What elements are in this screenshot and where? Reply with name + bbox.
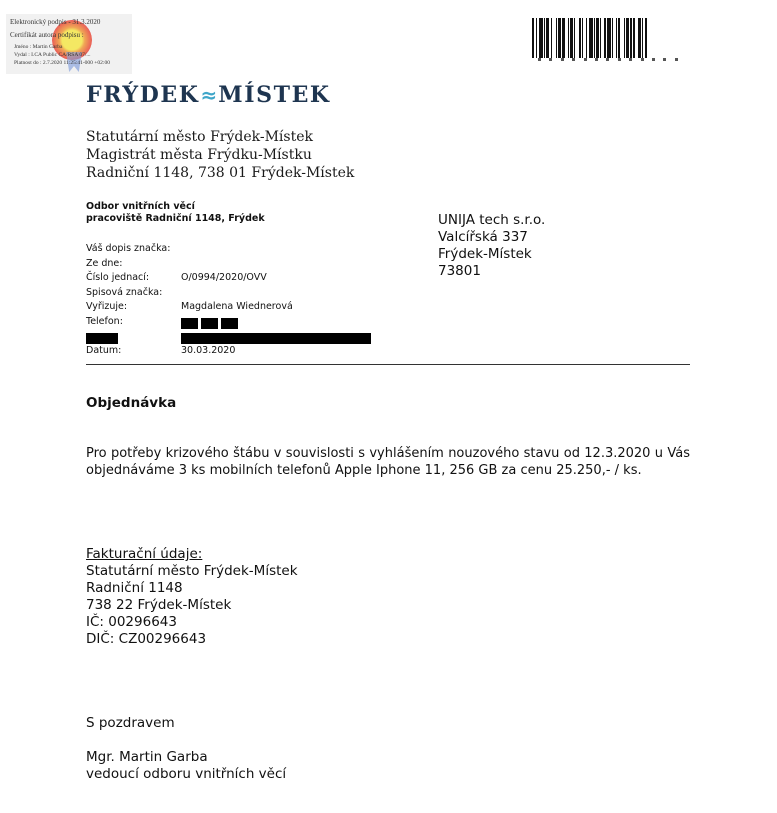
billing-line: 738 22 Frýdek-Místek xyxy=(86,597,298,614)
recipient-street: Valcířská 337 xyxy=(438,229,545,246)
redaction-block xyxy=(181,333,371,344)
letter-body: Pro potřeby krizového štábu v souvislost… xyxy=(86,445,690,479)
signer-title: vedoucí odboru vnitřních věcí xyxy=(86,766,286,783)
sender-organization: Statutární město Frýdek-Místek Magistrát… xyxy=(86,128,354,182)
org-line: Radniční 1148, 738 01 Frýdek-Místek xyxy=(86,164,354,182)
signer-name: Mgr. Martin Garba xyxy=(86,749,286,766)
handled-by-value: Magdalena Wiednerová xyxy=(181,300,293,315)
closing-greeting: S pozdravem xyxy=(86,715,175,732)
redaction-block xyxy=(221,318,238,329)
handled-by-label: Vyřizuje: xyxy=(86,300,127,315)
redaction-block xyxy=(201,318,218,329)
recipient-company: UNIJA tech s.r.o. xyxy=(438,212,545,229)
certificate-validity: Platnost do : 2.7.2020 11:25:41-000 +02:… xyxy=(14,60,110,66)
date-label: Datum: xyxy=(86,344,121,359)
department-name: Odbor vnitřních věcí xyxy=(86,201,265,213)
certificate-issuer: Vydal : I.CA Public CA/RSA 07/... xyxy=(14,52,91,58)
ref-no-value: O/0994/2020/OVV xyxy=(181,271,267,286)
redaction-block xyxy=(181,318,198,329)
barcode-bars xyxy=(532,18,682,58)
ref-no-label: Číslo jednací: xyxy=(86,271,149,286)
letter-title: Objednávka xyxy=(86,395,176,411)
divider xyxy=(86,364,690,365)
recipient-city: Frýdek-Místek xyxy=(438,246,545,263)
city-logo: FRÝDEK≈MÍSTEK xyxy=(86,82,331,108)
certificate-label: Certifikát autora podpisu : xyxy=(10,31,84,39)
billing-details: Fakturační údaje: Statutární město Frýde… xyxy=(86,546,298,648)
redaction-block xyxy=(86,333,118,344)
phone-label: Telefon: xyxy=(86,315,123,330)
billing-heading: Fakturační údaje: xyxy=(86,546,298,563)
your-ref-label: Váš dopis značka: xyxy=(86,242,170,257)
logo-left-text: FRÝDEK xyxy=(86,82,200,108)
department-workplace: pracoviště Radniční 1148, Frýdek xyxy=(86,213,265,225)
billing-line: Statutární město Frýdek-Místek xyxy=(86,563,298,580)
billing-dic: DIČ: CZ00296643 xyxy=(86,631,298,648)
wave-icon: ≈ xyxy=(201,83,218,107)
billing-line: Radniční 1148 xyxy=(86,580,298,597)
barcode xyxy=(532,18,682,64)
signature-date: Elektronický podpis - 31.3.2020 xyxy=(10,18,100,26)
recipient-address: UNIJA tech s.r.o. Valcířská 337 Frýdek-M… xyxy=(438,212,545,280)
date-value: 30.03.2020 xyxy=(181,344,235,359)
billing-ico: IČ: 00296643 xyxy=(86,614,298,631)
logo-right-text: MÍSTEK xyxy=(218,82,330,108)
file-mark-label: Spisová značka: xyxy=(86,286,162,301)
org-line: Statutární město Frýdek-Místek xyxy=(86,128,354,146)
recipient-postcode: 73801 xyxy=(438,263,545,280)
barcode-digits xyxy=(538,58,678,64)
signer-block: Mgr. Martin Garba vedoucí odboru vnitřní… xyxy=(86,749,286,783)
department: Odbor vnitřních věcí pracoviště Radniční… xyxy=(86,201,265,225)
certificate-name: Jméno : Martin Garba xyxy=(14,44,62,50)
electronic-signature-stamp: Elektronický podpis - 31.3.2020 Certifik… xyxy=(6,14,132,74)
org-line: Magistrát města Frýdku-Místku xyxy=(86,146,354,164)
from-date-label: Ze dne: xyxy=(86,257,122,272)
